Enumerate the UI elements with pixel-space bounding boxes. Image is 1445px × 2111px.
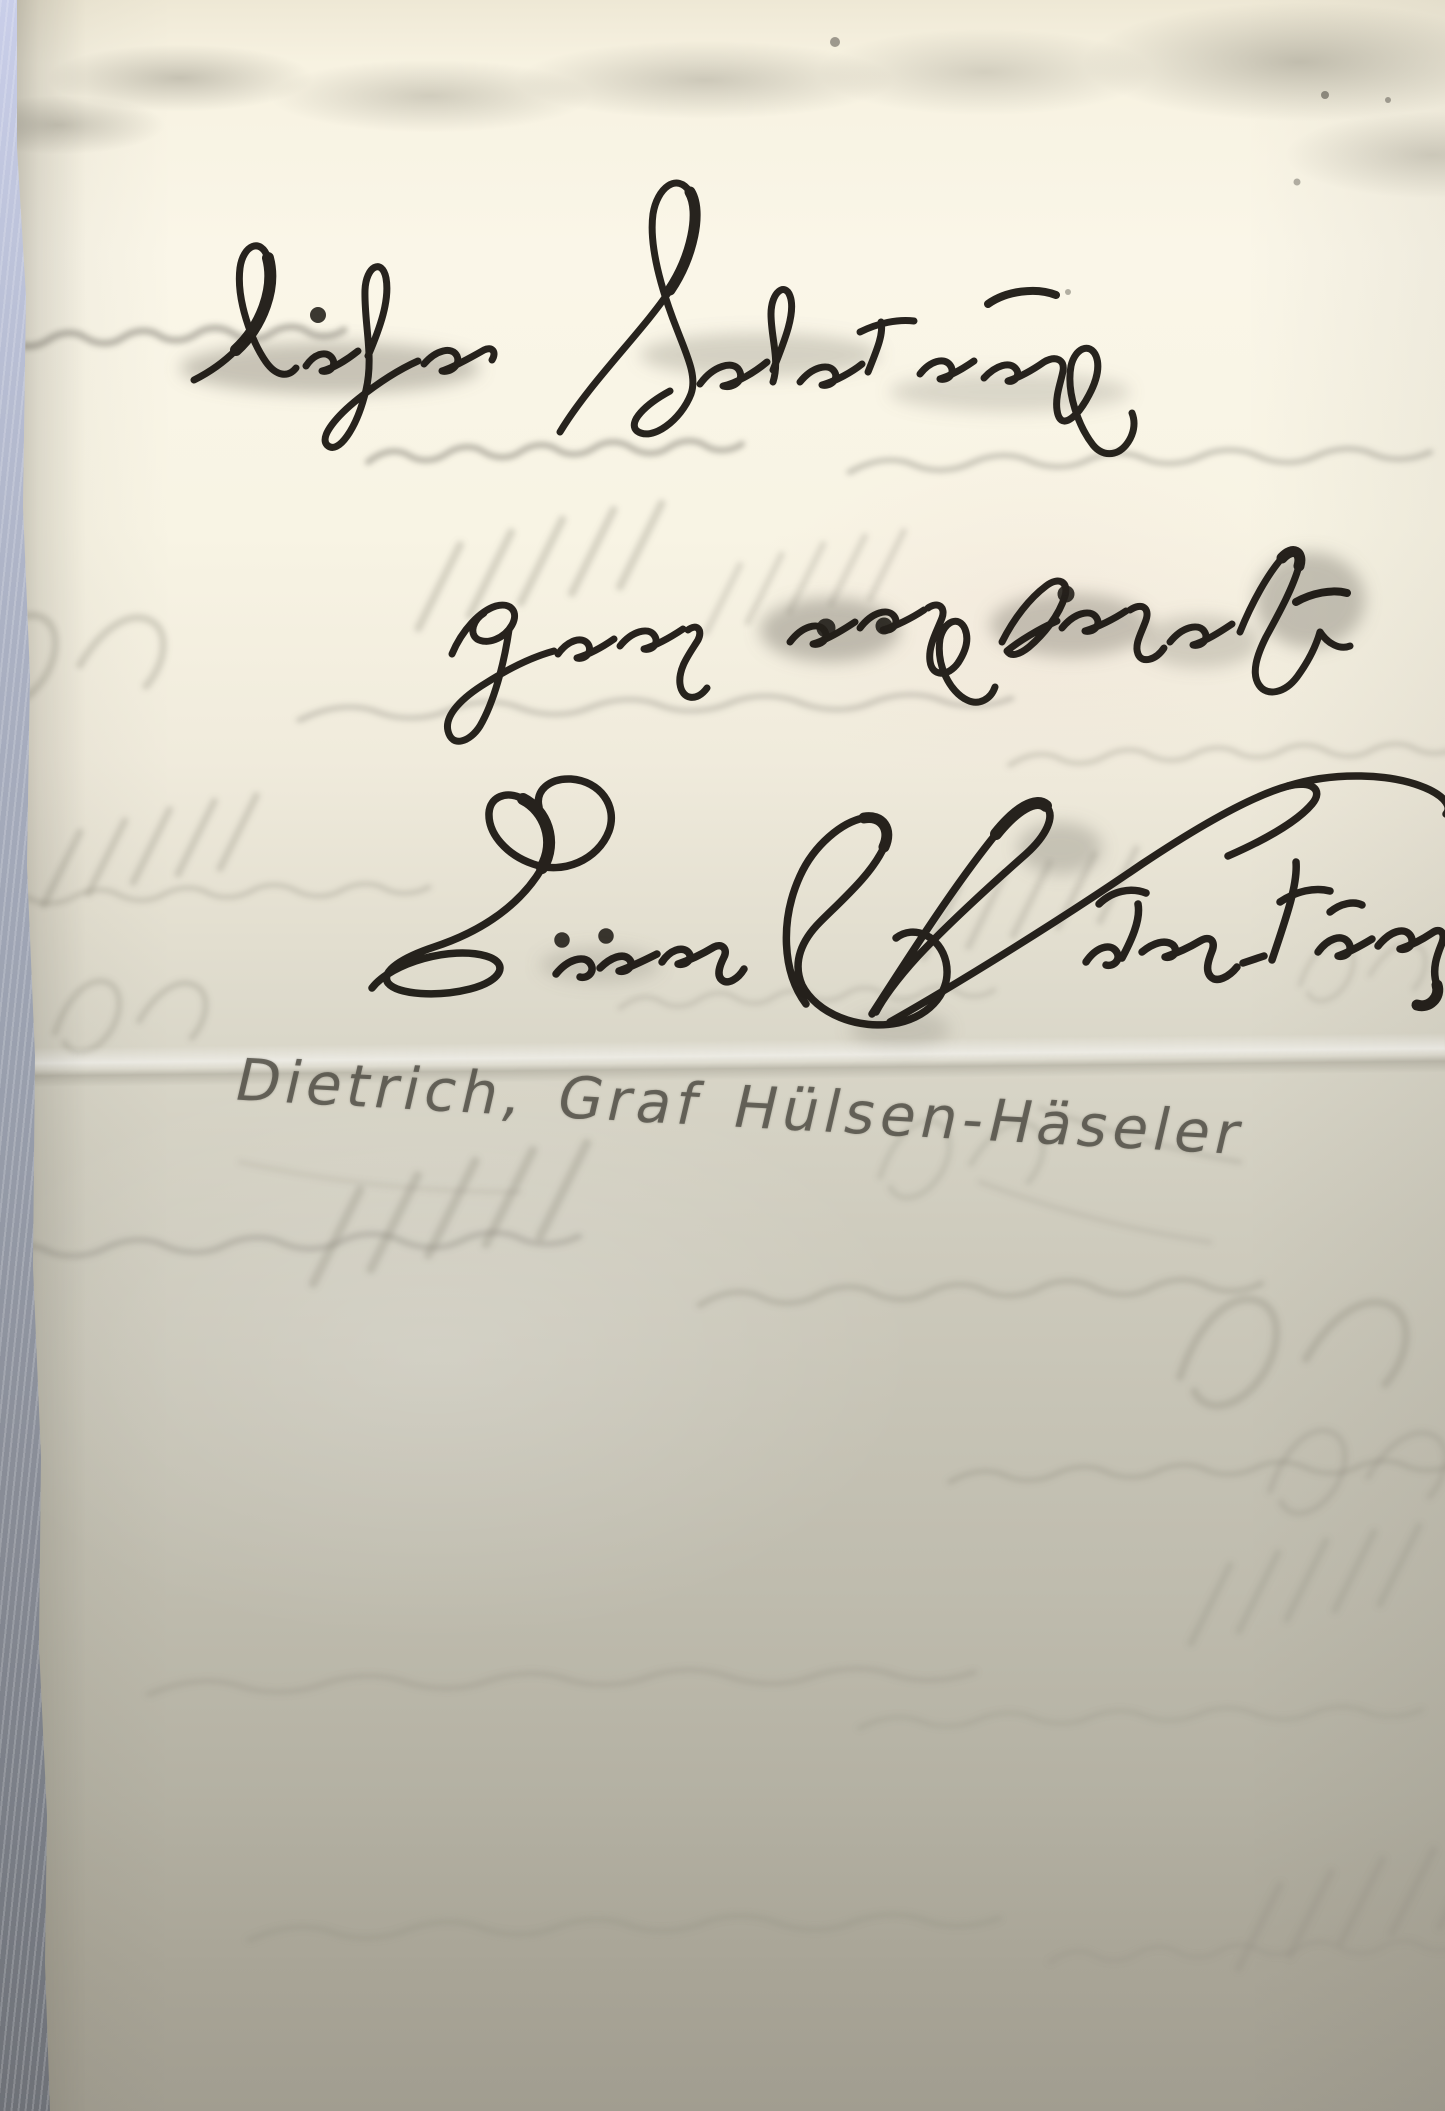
ink-smudge-halos	[180, 333, 1365, 1050]
letter-page: Dietrich, Graf Hülsen-Häseler	[0, 0, 1445, 2111]
letter-photo: Dietrich, Graf Hülsen-Häseler	[0, 0, 1445, 2111]
signature-line	[372, 776, 1445, 1025]
closing-line-1	[194, 183, 1134, 454]
